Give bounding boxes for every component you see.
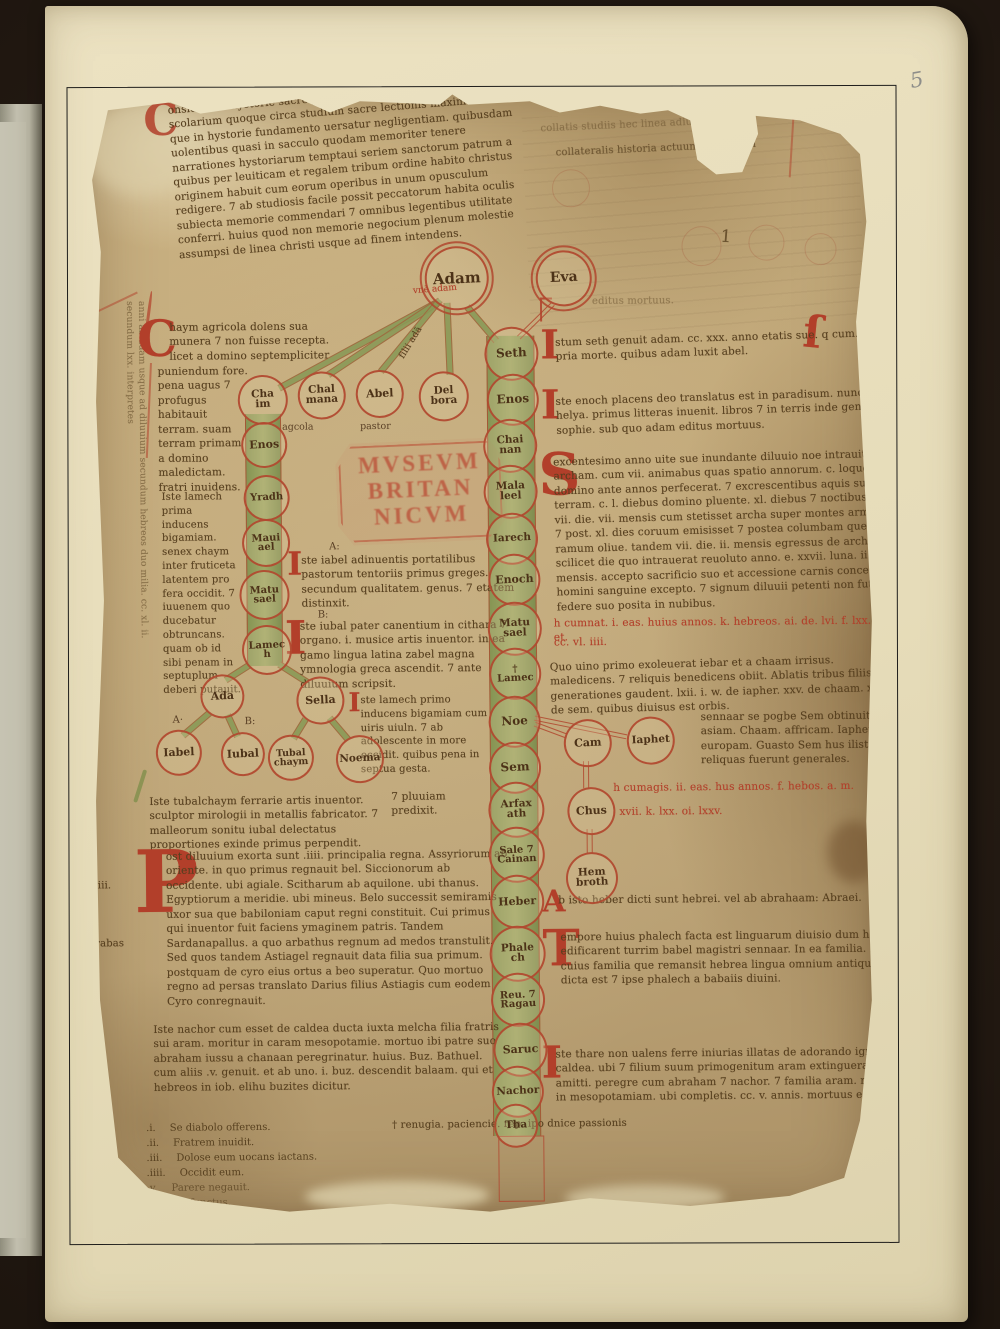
roundel-cam: Cam: [563, 718, 613, 768]
footnote-text: Se diabolo offerens.: [170, 1122, 271, 1134]
label-agricola: agcola: [282, 422, 314, 433]
tubalcain-extra: 7 pluuiam predixit.: [391, 789, 491, 819]
thare-paragraph: ste thare non ualens ferre iniurias illa…: [555, 1044, 910, 1105]
museum-britannicum-stamp: MVSEVM BRITAN NICVM: [334, 437, 506, 546]
ghost-roundel: [804, 233, 836, 265]
roundel-iaphet: Iaphet: [626, 716, 676, 766]
parchment-leaf: collatis studiis hec linea adiutorio dei…: [85, 90, 875, 1215]
ghost-roundel: [552, 169, 590, 207]
enoch-paragraph: ste enoch placens deo translatus est in …: [555, 385, 886, 438]
iabel-note-text: ste iabel adinuentis portatilibus pastor…: [301, 552, 517, 612]
footnote-row: .i.Se diabolo offerens.: [146, 1122, 270, 1134]
iabel-note-initial: I: [287, 552, 302, 578]
footnote-row: .iiii.Occidit eum.: [147, 1167, 245, 1179]
roundel-iabel: Iabel: [155, 729, 203, 777]
note-mark-a: A:: [329, 541, 340, 552]
cain-text-2: puniendum fore. pena uagus 7 profugus ha…: [157, 364, 250, 495]
footnote-text: Parere negauit.: [171, 1182, 249, 1194]
roundel-chalmana: Chal mana: [297, 370, 347, 420]
cain-text-1: haym agricola dolens sua munera 7 non fu…: [169, 319, 329, 364]
mark-b: B:: [245, 716, 256, 727]
japhet-red-rubric-1: h cumagis. ii. eas. hus annos. f. hebos.…: [613, 779, 883, 796]
footnote-row: .ii.Fratrem inuidit.: [146, 1137, 254, 1149]
footnote-numeral: .ii.: [146, 1138, 159, 1149]
mark-a: A·: [173, 715, 184, 726]
footnote-text: Dolose eum uocans iactans.: [176, 1152, 317, 1164]
ghost-roundel: [748, 224, 784, 260]
footnote-text: Fratrem inuidit.: [173, 1137, 254, 1149]
nachor-paragraph: Iste nachor cum esset de caldea ducta iu…: [153, 1020, 500, 1095]
japhet-red-rubric-2: xvii. k. lxx. oi. lxxv.: [619, 803, 839, 819]
line-adam-delbora: [443, 303, 453, 375]
footnote-numeral: .i.: [146, 1123, 156, 1134]
pen-stroke: 1: [720, 226, 733, 250]
green-flourish: [133, 769, 147, 803]
roundel-chus: Chus: [566, 786, 616, 836]
lamech-left-note: Iste lamech prima inducens bigamiam. sen…: [162, 490, 242, 698]
roundel-abel: Abel: [355, 369, 405, 419]
label-pastor: pastor: [360, 421, 391, 432]
ghost-roundel: [681, 226, 721, 266]
footnote-numeral: .iii.: [146, 1153, 162, 1164]
roundel-tubalchaym: Tubal chaym: [267, 734, 315, 782]
post-diluvium-text: ost diluuium exorta sunt .iiii. principa…: [166, 847, 509, 1009]
roundel-delbora: Del bora: [418, 370, 470, 422]
roundel-ada: Ada: [199, 673, 245, 719]
previous-page-edge-inner: [0, 122, 26, 1238]
footnote-right-note: † renugia. paciencie. rep. ipo dnice pas…: [392, 1116, 722, 1133]
ghost-text-line: editus mortuus.: [592, 294, 742, 309]
footnote-text: Occidit eum.: [180, 1167, 245, 1179]
roundel-irad: Yradh: [243, 474, 291, 522]
leaf-content: collatis studiis hec linea adiutorio dei…: [0, 0, 1000, 1329]
manuscript-photo: { "folio": { "page_number": "5" }, "stam…: [0, 0, 1000, 1329]
lamech-right-initial: I: [348, 693, 360, 714]
cham-paragraph-2: sennaar se pogbe Sem obtinuit asiam. Cha…: [701, 709, 891, 769]
phalech-paragraph: empore huius phalech facta est linguarum…: [560, 927, 908, 988]
footnote-numeral: .iiii.: [147, 1168, 166, 1179]
note-mark-b: B:: [318, 609, 329, 620]
roundel-iubal: Iubal: [220, 731, 266, 777]
noe-paragraph: excentesimo anno uite sue inundante dilu…: [553, 446, 907, 614]
footnote-row: .iii.Dolose eum uocans iactans.: [146, 1152, 317, 1164]
noe-red-rubric-2: cc. vl. iiii.: [554, 634, 754, 650]
